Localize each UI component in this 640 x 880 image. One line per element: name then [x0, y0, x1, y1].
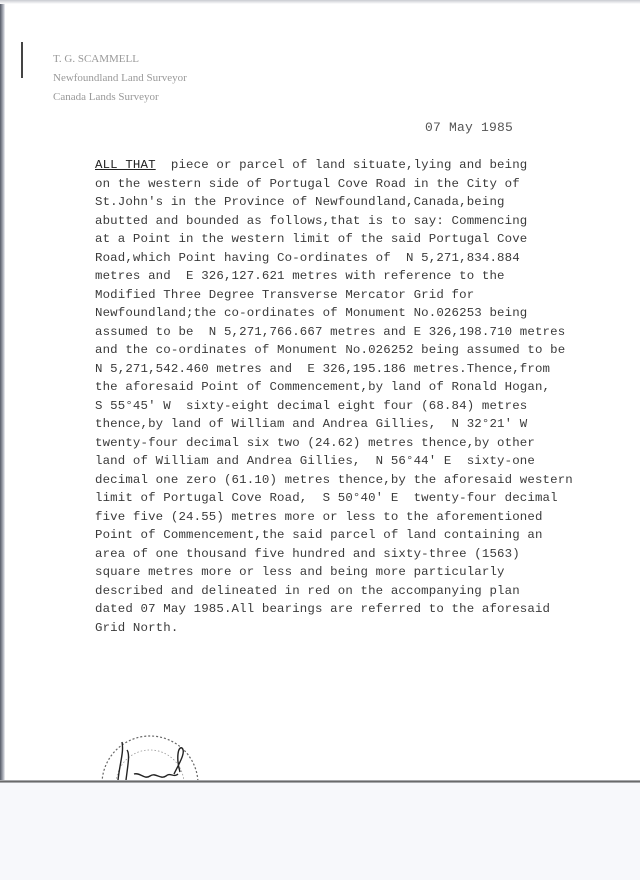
surveyor-title-newfoundland: Newfoundland Land Surveyor	[53, 69, 187, 88]
description-line: five five (24.55) metres more or less to…	[95, 510, 543, 524]
legal-description: ALL THAT piece or parcel of land situate…	[95, 156, 615, 637]
seal-stamp-icon	[100, 722, 200, 782]
letterhead: T. G. SCAMMELL Newfoundland Land Surveyo…	[53, 50, 187, 107]
lower-page-area	[0, 783, 640, 880]
margin-mark	[21, 42, 23, 78]
description-line: Road,which Point having Co-ordinates of …	[95, 251, 520, 265]
description-line: Modified Three Degree Transverse Mercato…	[95, 288, 474, 302]
lead-phrase: ALL THAT	[95, 158, 156, 172]
description-line: abutted and bounded as follows,that is t…	[95, 214, 527, 228]
description-line: Grid North.	[95, 621, 178, 635]
scan-top-shadow	[0, 0, 640, 4]
description-line: described and delineated in red on the a…	[95, 584, 520, 598]
description-line: dated 07 May 1985.All bearings are refer…	[95, 602, 550, 616]
surveyor-title-canada: Canada Lands Surveyor	[53, 88, 187, 107]
surveyor-seal	[100, 722, 200, 782]
description-line: the aforesaid Point of Commencement,by l…	[95, 380, 550, 394]
description-line: St.John's in the Province of Newfoundlan…	[95, 195, 505, 209]
description-line: land of William and Andrea Gillies, N 56…	[95, 454, 535, 468]
description-line: S 55°45' W sixty-eight decimal eight fou…	[95, 399, 527, 413]
document-date: 07 May 1985	[425, 120, 513, 135]
scan-edge-shadow	[0, 0, 5, 880]
description-line: and the co-ordinates of Monument No.0262…	[95, 343, 565, 357]
surveyor-name: T. G. SCAMMELL	[53, 50, 187, 69]
description-line: Newfoundland;the co-ordinates of Monumen…	[95, 306, 527, 320]
description-lines: on the western side of Portugal Cove Roa…	[95, 177, 573, 635]
description-line: on the western side of Portugal Cove Roa…	[95, 177, 520, 191]
description-line: square metres more or less and being mor…	[95, 565, 505, 579]
description-line: limit of Portugal Cove Road, S 50°40' E …	[95, 491, 558, 505]
description-line: assumed to be N 5,271,766.667 metres and…	[95, 325, 565, 339]
description-line: N 5,271,542.460 metres and E 326,195.186…	[95, 362, 550, 376]
description-line: at a Point in the western limit of the s…	[95, 232, 527, 246]
description-line: Point of Commencement,the said parcel of…	[95, 528, 543, 542]
first-line: piece or parcel of land situate,lying an…	[156, 158, 528, 172]
description-line: thence,by land of William and Andrea Gil…	[95, 417, 527, 431]
description-line: metres and E 326,127.621 metres with ref…	[95, 269, 505, 283]
description-line: decimal one zero (61.10) metres thence,b…	[95, 473, 573, 487]
description-line: area of one thousand five hundred and si…	[95, 547, 520, 561]
description-line: twenty-four decimal six two (24.62) metr…	[95, 436, 535, 450]
